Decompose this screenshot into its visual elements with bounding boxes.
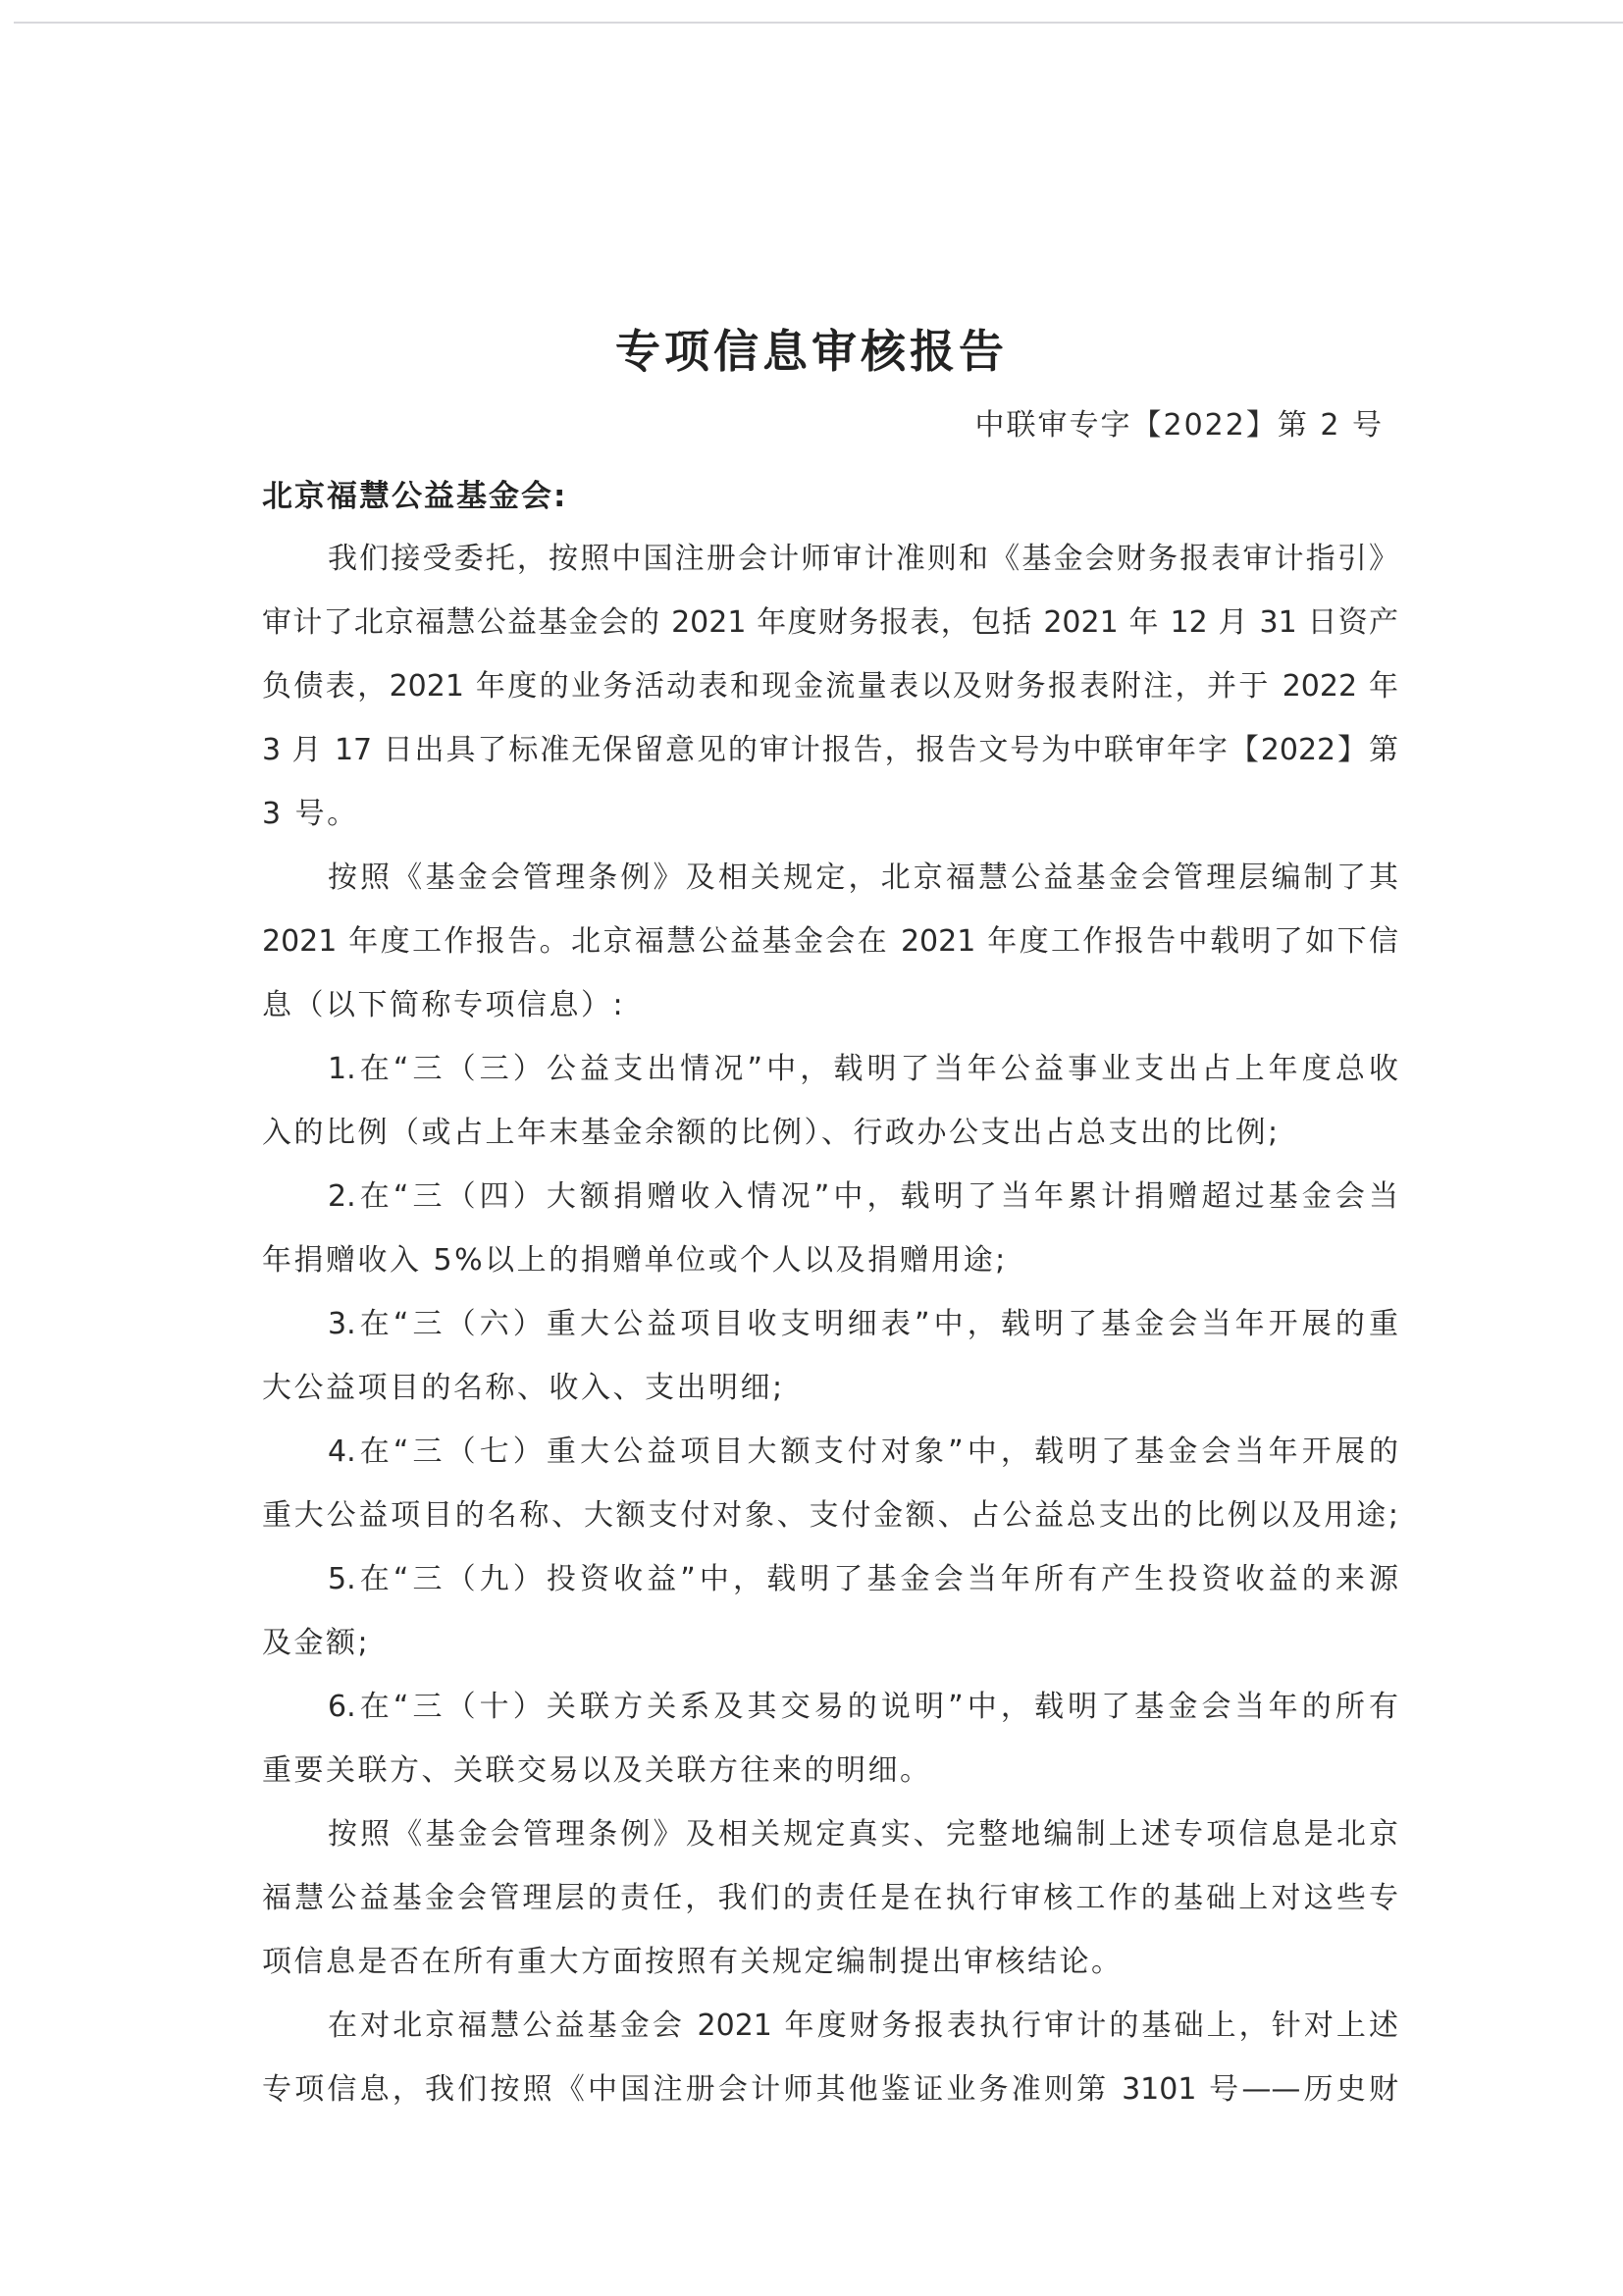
body-text-line: 专项信息，我们按照《中国注册会计师其他鉴证业务准则第 3101 号——历史财 xyxy=(262,2068,1398,2112)
page-title: 专项信息审核报告 xyxy=(0,322,1623,381)
body-text-line: 项信息是否在所有重大方面按照有关规定编制提出审核结论。 xyxy=(262,1941,1398,1984)
body-text-line: 3.在“三（六）重大公益项目收支明细表”中，载明了基金会当年开展的重 xyxy=(328,1303,1398,1346)
body-text-line: 3 号。 xyxy=(262,793,1398,836)
body-text-line: 我们接受委托，按照中国注册会计师审计准则和《基金会财务报表审计指引》 xyxy=(328,538,1398,581)
body-text-line: 1.在“三（三）公益支出情况”中，载明了当年公益事业支出占上年度总收 xyxy=(328,1048,1398,1091)
body-text-line: 息（以下简称专项信息）: xyxy=(262,984,1398,1027)
body-text-line: 重大公益项目的名称、大额支付对象、支付金额、占公益总支出的比例以及用途; xyxy=(262,1494,1398,1538)
body-text-line: 按照《基金会管理条例》及相关规定真实、完整地编制上述专项信息是北京 xyxy=(328,1813,1398,1856)
scan-edge-line xyxy=(14,22,1623,24)
body-text-line: 2.在“三（四）大额捐赠收入情况”中，载明了当年累计捐赠超过基金会当 xyxy=(328,1175,1398,1219)
body-text-line: 4.在“三（七）重大公益项目大额支付对象”中，载明了基金会当年开展的 xyxy=(328,1431,1398,1474)
body-text-line: 及金额; xyxy=(262,1622,1398,1665)
body-text-line: 2021 年度工作报告。北京福慧公益基金会在 2021 年度工作报告中载明了如下… xyxy=(262,920,1398,964)
body-text-line: 在对北京福慧公益基金会 2021 年度财务报表执行审计的基础上，针对上述 xyxy=(328,2005,1398,2048)
body-text-line: 年捐赠收入 5%以上的捐赠单位或个人以及捐赠用途; xyxy=(262,1239,1398,1282)
body-text-line: 负债表，2021 年度的业务活动表和现金流量表以及财务报表附注，并于 2022 … xyxy=(262,665,1398,708)
body-text-line: 福慧公益基金会管理层的责任，我们的责任是在执行审核工作的基础上对这些专 xyxy=(262,1877,1398,1920)
salutation: 北京福慧公益基金会: xyxy=(262,475,567,518)
body-text-line: 入的比例（或占上年末基金余额的比例）、行政办公支出占总支出的比例; xyxy=(262,1112,1398,1155)
reference-number: 中联审专字【2022】第 2 号 xyxy=(974,404,1384,447)
body-text-line: 按照《基金会管理条例》及相关规定，北京福慧公益基金会管理层编制了其 xyxy=(328,857,1398,900)
body-text-line: 审计了北京福慧公益基金会的 2021 年度财务报表，包括 2021 年 12 月… xyxy=(262,601,1398,645)
body-text-line: 5.在“三（九）投资收益”中，载明了基金会当年所有产生投资收益的来源 xyxy=(328,1558,1398,1601)
body-text-line: 3 月 17 日出具了标准无保留意见的审计报告，报告文号为中联审年字【2022】… xyxy=(262,729,1398,772)
body-text-line: 6.在“三（十）关联方关系及其交易的说明”中，载明了基金会当年的所有 xyxy=(328,1686,1398,1729)
body-text-line: 大公益项目的名称、收入、支出明细; xyxy=(262,1367,1398,1410)
body-text-line: 重要关联方、关联交易以及关联方往来的明细。 xyxy=(262,1749,1398,1793)
